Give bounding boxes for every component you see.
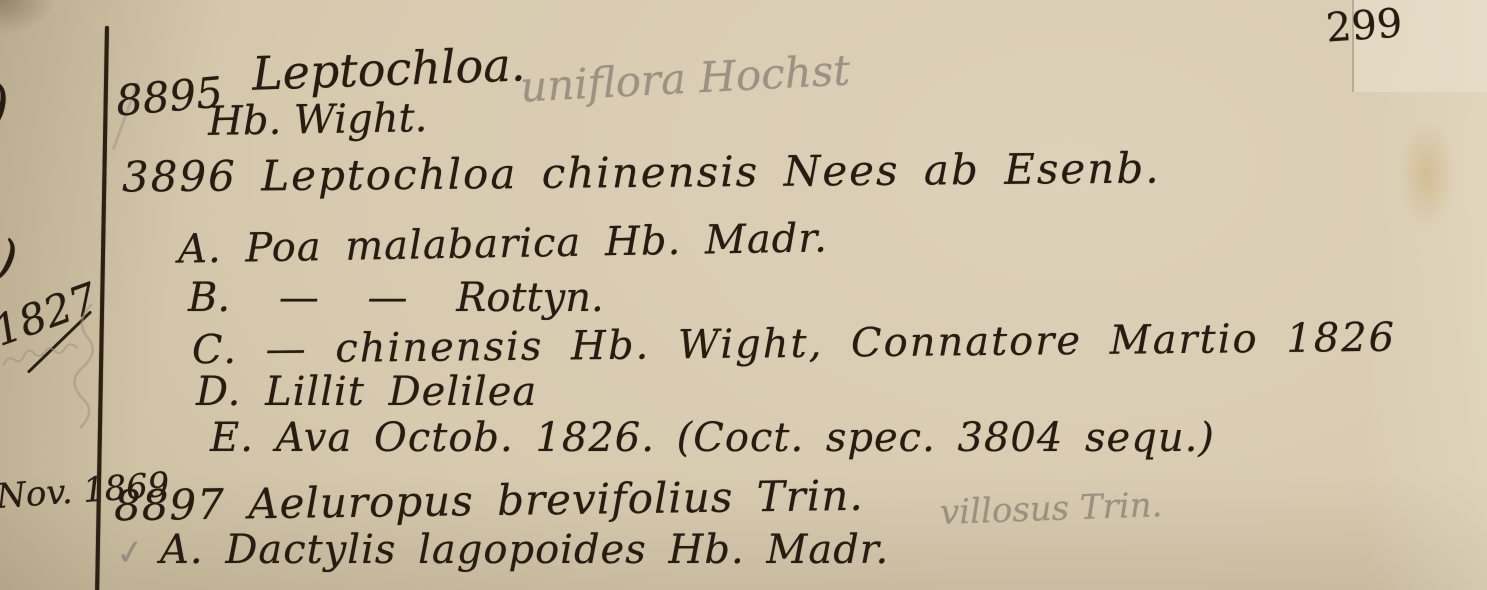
- entry-8895-herbarium-line: Hb. Wight.: [208, 98, 428, 142]
- manuscript-page: 299 ) ) 1827 Nov. 1869 8895 Leptochloa. …: [0, 0, 1487, 590]
- entry-8897-heading: 8897 Aeluropus brevifolius Trin.: [114, 475, 864, 527]
- entry-3896-synonym-b: B. — — Rottyn.: [188, 278, 604, 318]
- entry-3896-number: 3896: [122, 152, 237, 202]
- margin-bracket-lower: ): [0, 232, 21, 287]
- entry-3896-synonym-a: A. Poa malabarica Hb. Madr.: [178, 218, 828, 269]
- entry-8895-title: Leptochloa.: [251, 41, 526, 97]
- page-number: 299: [1325, 3, 1404, 48]
- entry-8895-pencil-annotation: uniflora Hochst: [519, 49, 851, 108]
- entry-3896-heading: 3896 Leptochloa chinensis Nees ab Esenb.: [122, 147, 1161, 198]
- pencil-curl-mark: [52, 300, 104, 432]
- entry-8897-synonym-a: A. Dactylis lagopoides Hb. Madr.: [160, 530, 889, 570]
- paper-stain: [1398, 118, 1456, 230]
- entry-8897-number: 8897: [114, 480, 226, 531]
- entry-3896-synonym-e: E. Ava Octob. 1826. (Coct. spec. 3804 se…: [210, 418, 1215, 458]
- entry-3896-synonym-d: D. Lillit Delilea: [196, 372, 537, 412]
- entry-8897-title: Aeluropus brevifolius Trin.: [248, 471, 864, 529]
- entry-3896-synonym-c: C. — chinensis Hb. Wight, Connatore Mart…: [192, 318, 1396, 371]
- entry-8897-pencil-annotation: villosus Trin.: [939, 488, 1162, 530]
- checkmark-icon: ✓: [114, 534, 147, 572]
- entry-3896-title: Leptochloa chinensis Nees ab Esenb.: [261, 143, 1161, 200]
- margin-bracket-upper: ): [0, 78, 9, 132]
- paper-light-edge: [1367, 0, 1487, 590]
